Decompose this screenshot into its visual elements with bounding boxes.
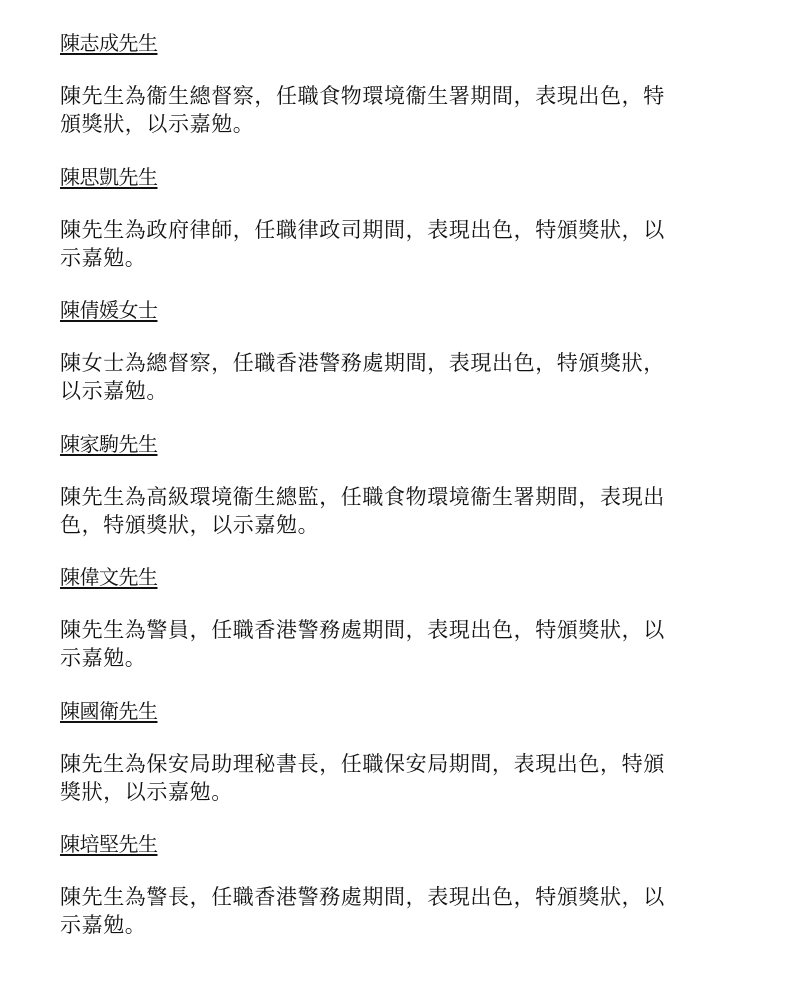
citation-line: 獎狀，以示嘉勉。 bbox=[60, 780, 233, 804]
awardee-name: 陳思凱先生 bbox=[60, 163, 158, 191]
citation-line: 色，特頒獎狀，以示嘉勉。 bbox=[60, 513, 319, 537]
award-entry: 陳國衛先生 陳先生為保安局助理秘書長，任職保安局期間，表現出色，特頒獎狀，以示嘉… bbox=[60, 697, 730, 831]
awardee-name: 陳國衛先生 bbox=[60, 697, 158, 725]
award-entry: 陳思凱先生 陳先生為政府律師，任職律政司期間，表現出色，特頒獎狀，以示嘉勉。 bbox=[60, 163, 730, 297]
award-citation: 陳先生為政府律師，任職律政司期間，表現出色，特頒獎狀，以示嘉勉。 bbox=[60, 216, 730, 272]
citation-line: 陳女士為總督察，任職香港警務處期間，表現出色，特頒獎狀， bbox=[60, 351, 665, 375]
citation-line: 陳先生為警員，任職香港警務處期間，表現出色，特頒獎狀，以 bbox=[60, 618, 665, 642]
citation-line: 頒獎狀，以示嘉勉。 bbox=[60, 112, 254, 136]
citation-line: 陳先生為衞生總督察，任職食物環境衞生署期間，表現出色，特 bbox=[60, 84, 665, 108]
award-citation: 陳先生為高級環境衞生總監，任職食物環境衞生署期間，表現出色，特頒獎狀，以示嘉勉。 bbox=[60, 483, 730, 539]
awards-document: 陳志成先生 陳先生為衞生總督察，任職食物環境衞生署期間，表現出色，特頒獎狀，以示… bbox=[60, 29, 730, 964]
citation-line: 以示嘉勉。 bbox=[60, 379, 168, 403]
citation-line: 陳先生為保安局助理秘書長，任職保安局期間，表現出色，特頒 bbox=[60, 752, 665, 776]
award-citation: 陳先生為衞生總督察，任職食物環境衞生署期間，表現出色，特頒獎狀，以示嘉勉。 bbox=[60, 82, 730, 138]
citation-line: 示嘉勉。 bbox=[60, 913, 146, 937]
awardee-name: 陳偉文先生 bbox=[60, 563, 158, 591]
award-citation: 陳女士為總督察，任職香港警務處期間，表現出色，特頒獎狀，以示嘉勉。 bbox=[60, 349, 730, 405]
awardee-name: 陳培堅先生 bbox=[60, 830, 158, 858]
award-citation: 陳先生為保安局助理秘書長，任職保安局期間，表現出色，特頒獎狀，以示嘉勉。 bbox=[60, 750, 730, 806]
citation-line: 陳先生為高級環境衞生總監，任職食物環境衞生署期間，表現出 bbox=[60, 485, 665, 509]
awardee-name: 陳志成先生 bbox=[60, 29, 158, 57]
award-entry: 陳偉文先生 陳先生為警員，任職香港警務處期間，表現出色，特頒獎狀，以示嘉勉。 bbox=[60, 563, 730, 697]
award-citation: 陳先生為警員，任職香港警務處期間，表現出色，特頒獎狀，以示嘉勉。 bbox=[60, 616, 730, 672]
award-citation: 陳先生為警長，任職香港警務處期間，表現出色，特頒獎狀，以示嘉勉。 bbox=[60, 883, 730, 939]
award-entry: 陳家駒先生 陳先生為高級環境衞生總監，任職食物環境衞生署期間，表現出色，特頒獎狀… bbox=[60, 430, 730, 564]
award-entry: 陳培堅先生 陳先生為警長，任職香港警務處期間，表現出色，特頒獎狀，以示嘉勉。 bbox=[60, 830, 730, 964]
citation-line: 示嘉勉。 bbox=[60, 246, 146, 270]
award-entry: 陳志成先生 陳先生為衞生總督察，任職食物環境衞生署期間，表現出色，特頒獎狀，以示… bbox=[60, 29, 730, 163]
awardee-name: 陳倩媛女士 bbox=[60, 296, 158, 324]
awardee-name: 陳家駒先生 bbox=[60, 430, 158, 458]
award-entry: 陳倩媛女士 陳女士為總督察，任職香港警務處期間，表現出色，特頒獎狀，以示嘉勉。 bbox=[60, 296, 730, 430]
citation-line: 陳先生為政府律師，任職律政司期間，表現出色，特頒獎狀，以 bbox=[60, 218, 665, 242]
citation-line: 示嘉勉。 bbox=[60, 646, 146, 670]
citation-line: 陳先生為警長，任職香港警務處期間，表現出色，特頒獎狀，以 bbox=[60, 885, 665, 909]
